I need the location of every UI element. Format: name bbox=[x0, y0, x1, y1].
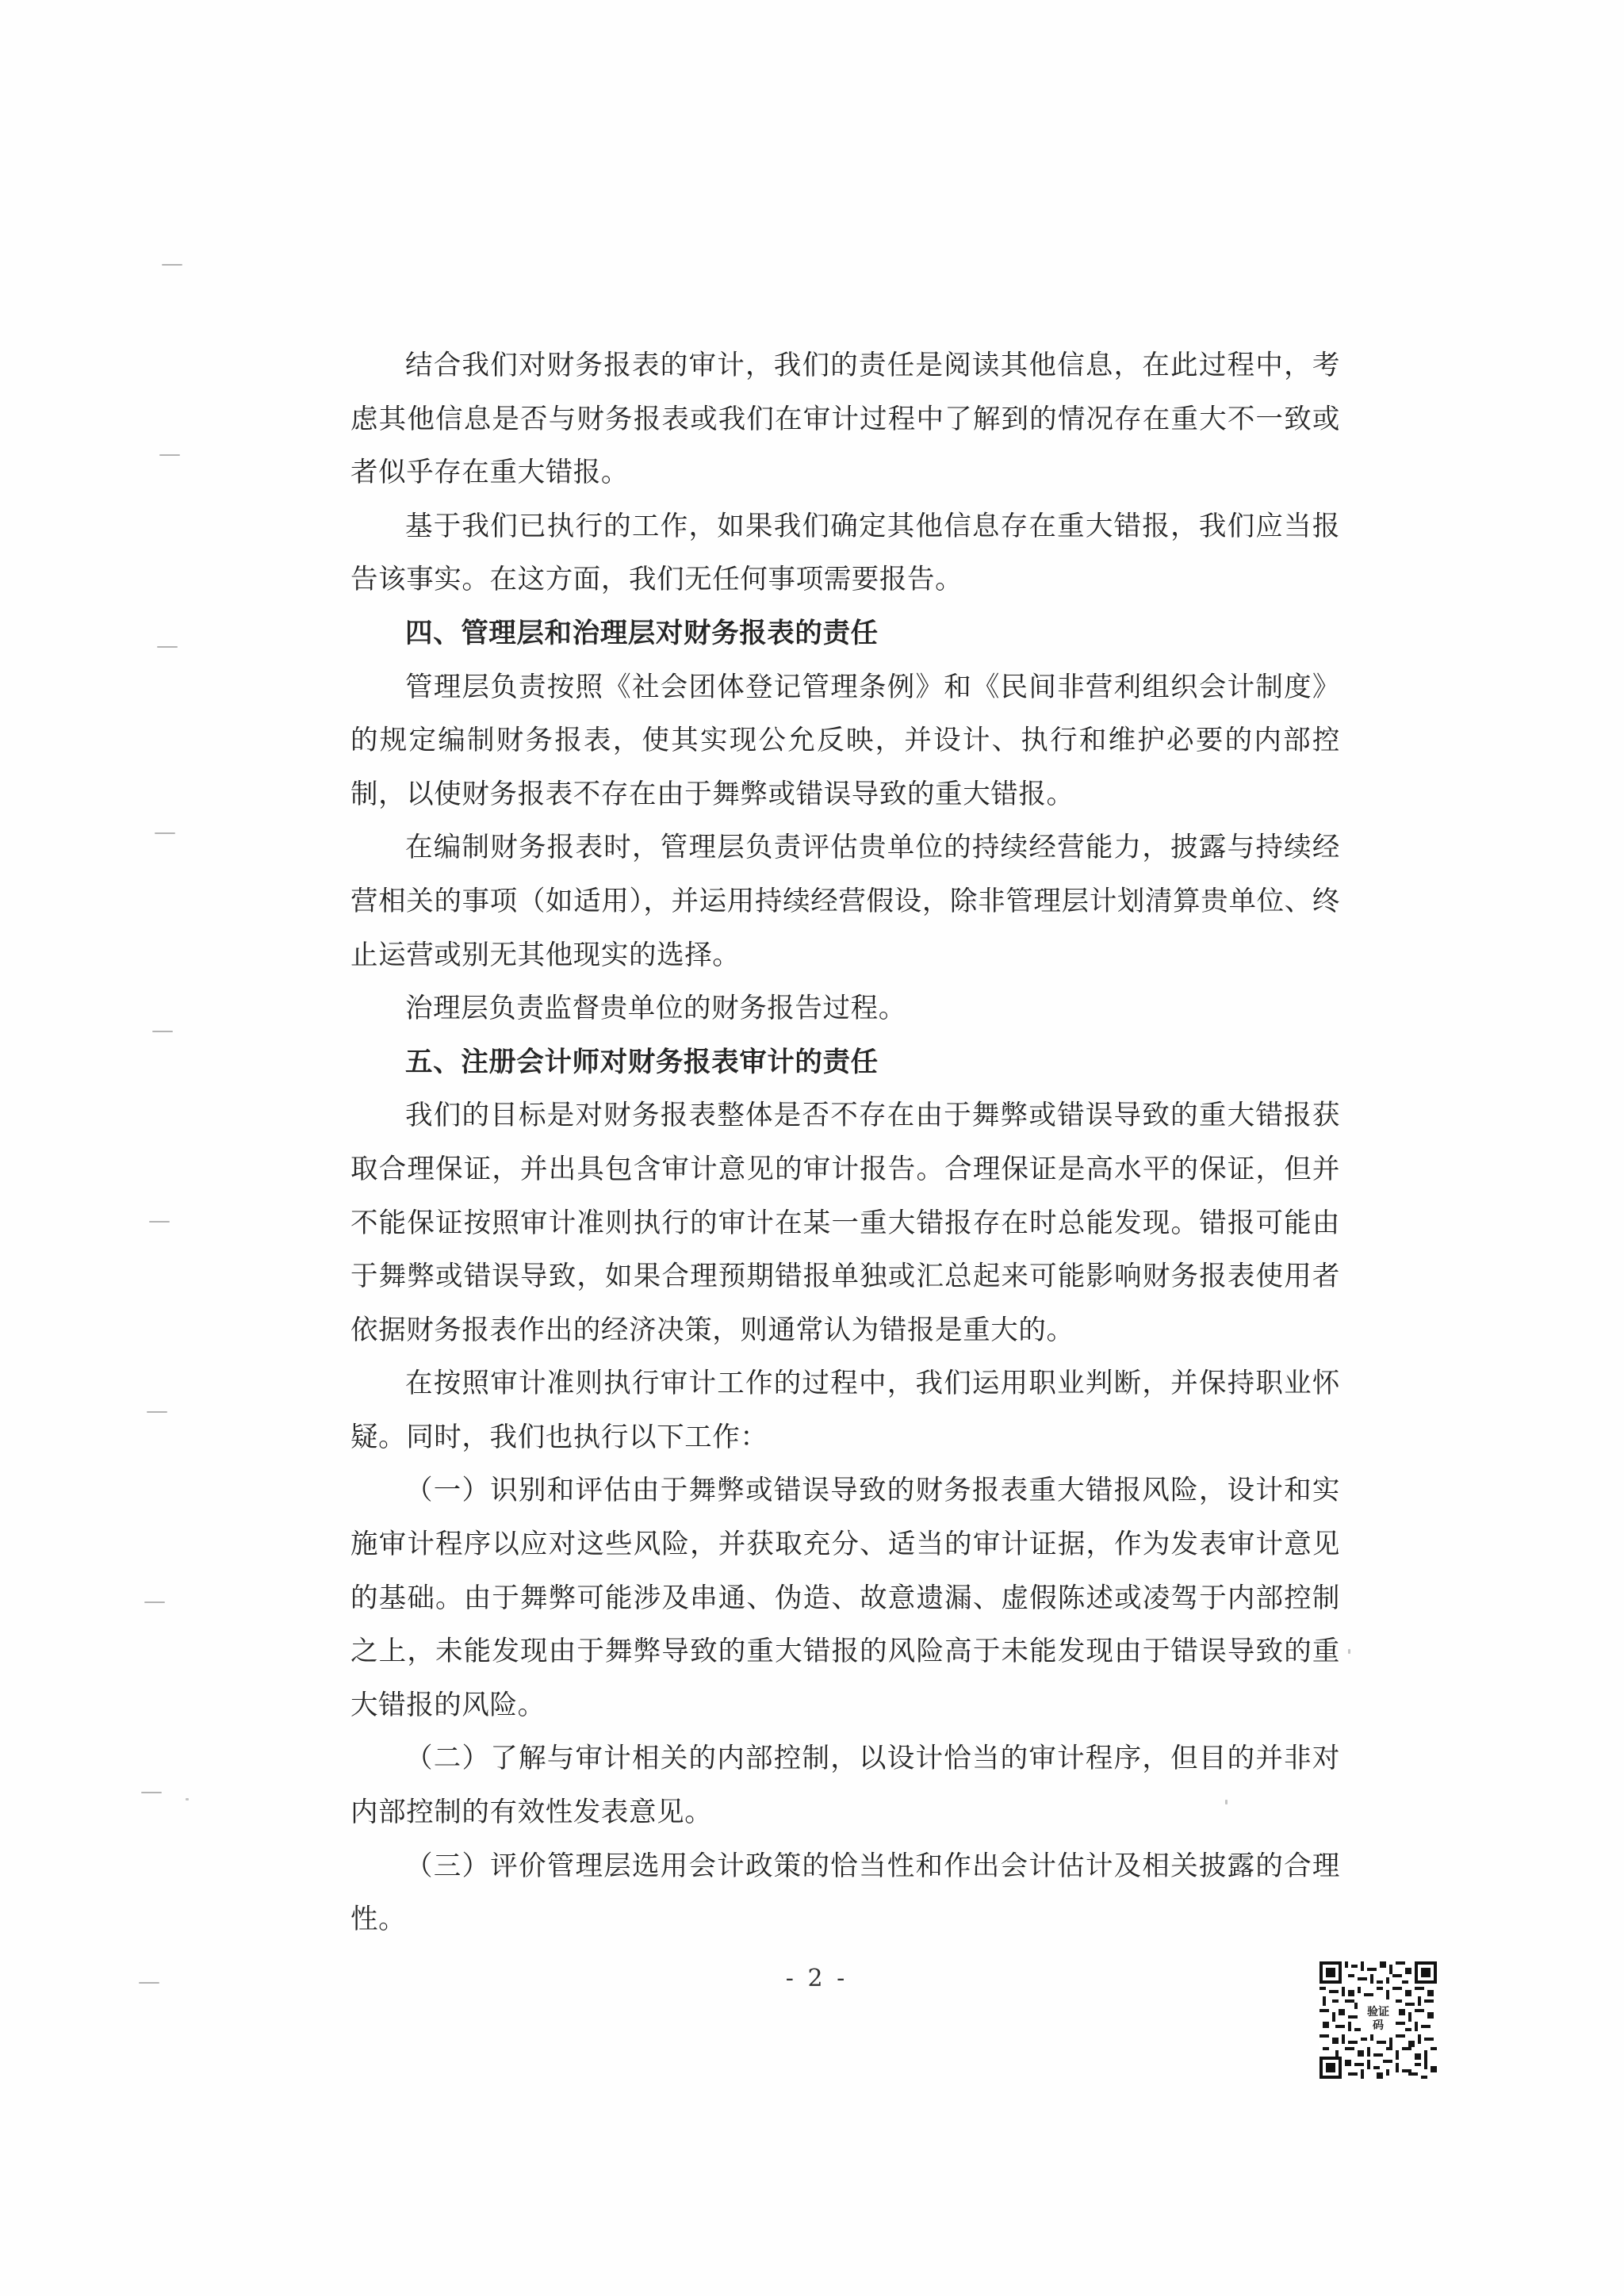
page-number: - 2 - bbox=[777, 1965, 856, 1992]
binding-mark bbox=[149, 1221, 170, 1223]
binding-mark bbox=[144, 1601, 165, 1603]
document-page: 结合我们对财务报表的审计，我们的责任是阅读其他信息，在此过程中，考虑其他信息是否… bbox=[0, 0, 1624, 2296]
paragraph-going-concern: 在编制财务报表时，管理层负责评估贵单位的持续经营能力，披露与持续经营相关的事项（… bbox=[350, 821, 1340, 982]
binding-mark bbox=[141, 1792, 162, 1793]
list-item-accounting-policies: （三）评价管理层选用会计政策的恰当性和作出会计估计及相关披露的合理性。 bbox=[350, 1840, 1340, 1947]
paragraph-other-info-responsibility: 结合我们对财务报表的审计，我们的责任是阅读其他信息，在此过程中，考虑其他信息是否… bbox=[350, 339, 1340, 500]
list-item-internal-control: （二）了解与审计相关的内部控制，以设计恰当的审计程序，但目的并非对内部控制的有效… bbox=[350, 1732, 1340, 1839]
binding-mark bbox=[152, 1031, 173, 1032]
paragraph-professional-judgment: 在按照审计准则执行审计工作的过程中，我们运用职业判断，并保持职业怀疑。同时，我们… bbox=[350, 1357, 1340, 1464]
binding-mark bbox=[155, 832, 175, 834]
qr-code-icon[interactable]: 验证码 bbox=[1319, 1961, 1437, 2079]
section-heading-management-responsibility: 四、管理层和治理层对财务报表的责任 bbox=[350, 607, 1340, 661]
scan-speck bbox=[1348, 1649, 1350, 1654]
paragraph-governance-oversight: 治理层负责监督贵单位的财务报告过程。 bbox=[350, 982, 1340, 1036]
qr-center-label: 验证码 bbox=[1364, 2006, 1392, 2034]
document-body: 结合我们对财务报表的审计，我们的责任是阅读其他信息，在此过程中，考虑其他信息是否… bbox=[350, 339, 1340, 1947]
binding-mark bbox=[162, 264, 182, 266]
binding-mark bbox=[139, 1982, 159, 1984]
list-item-risk-assessment: （一）识别和评估由于舞弊或错误导致的财务报表重大错报风险，设计和实施审计程序以应… bbox=[350, 1464, 1340, 1732]
paragraph-other-info-conclusion: 基于我们已执行的工作，如果我们确定其他信息存在重大错报，我们应当报告该事实。在这… bbox=[350, 500, 1340, 607]
paragraph-management-preparation: 管理层负责按照《社会团体登记管理条例》和《民间非营利组织会计制度》的规定编制财务… bbox=[350, 661, 1340, 822]
paragraph-audit-objective: 我们的目标是对财务报表整体是否不存在由于舞弊或错误导致的重大错报获取合理保证，并… bbox=[350, 1089, 1340, 1357]
binding-mark bbox=[157, 646, 178, 648]
binding-mark bbox=[147, 1411, 167, 1413]
binding-mark bbox=[159, 454, 180, 456]
scan-speck bbox=[186, 1798, 189, 1800]
section-heading-auditor-responsibility: 五、注册会计师对财务报表审计的责任 bbox=[350, 1036, 1340, 1090]
